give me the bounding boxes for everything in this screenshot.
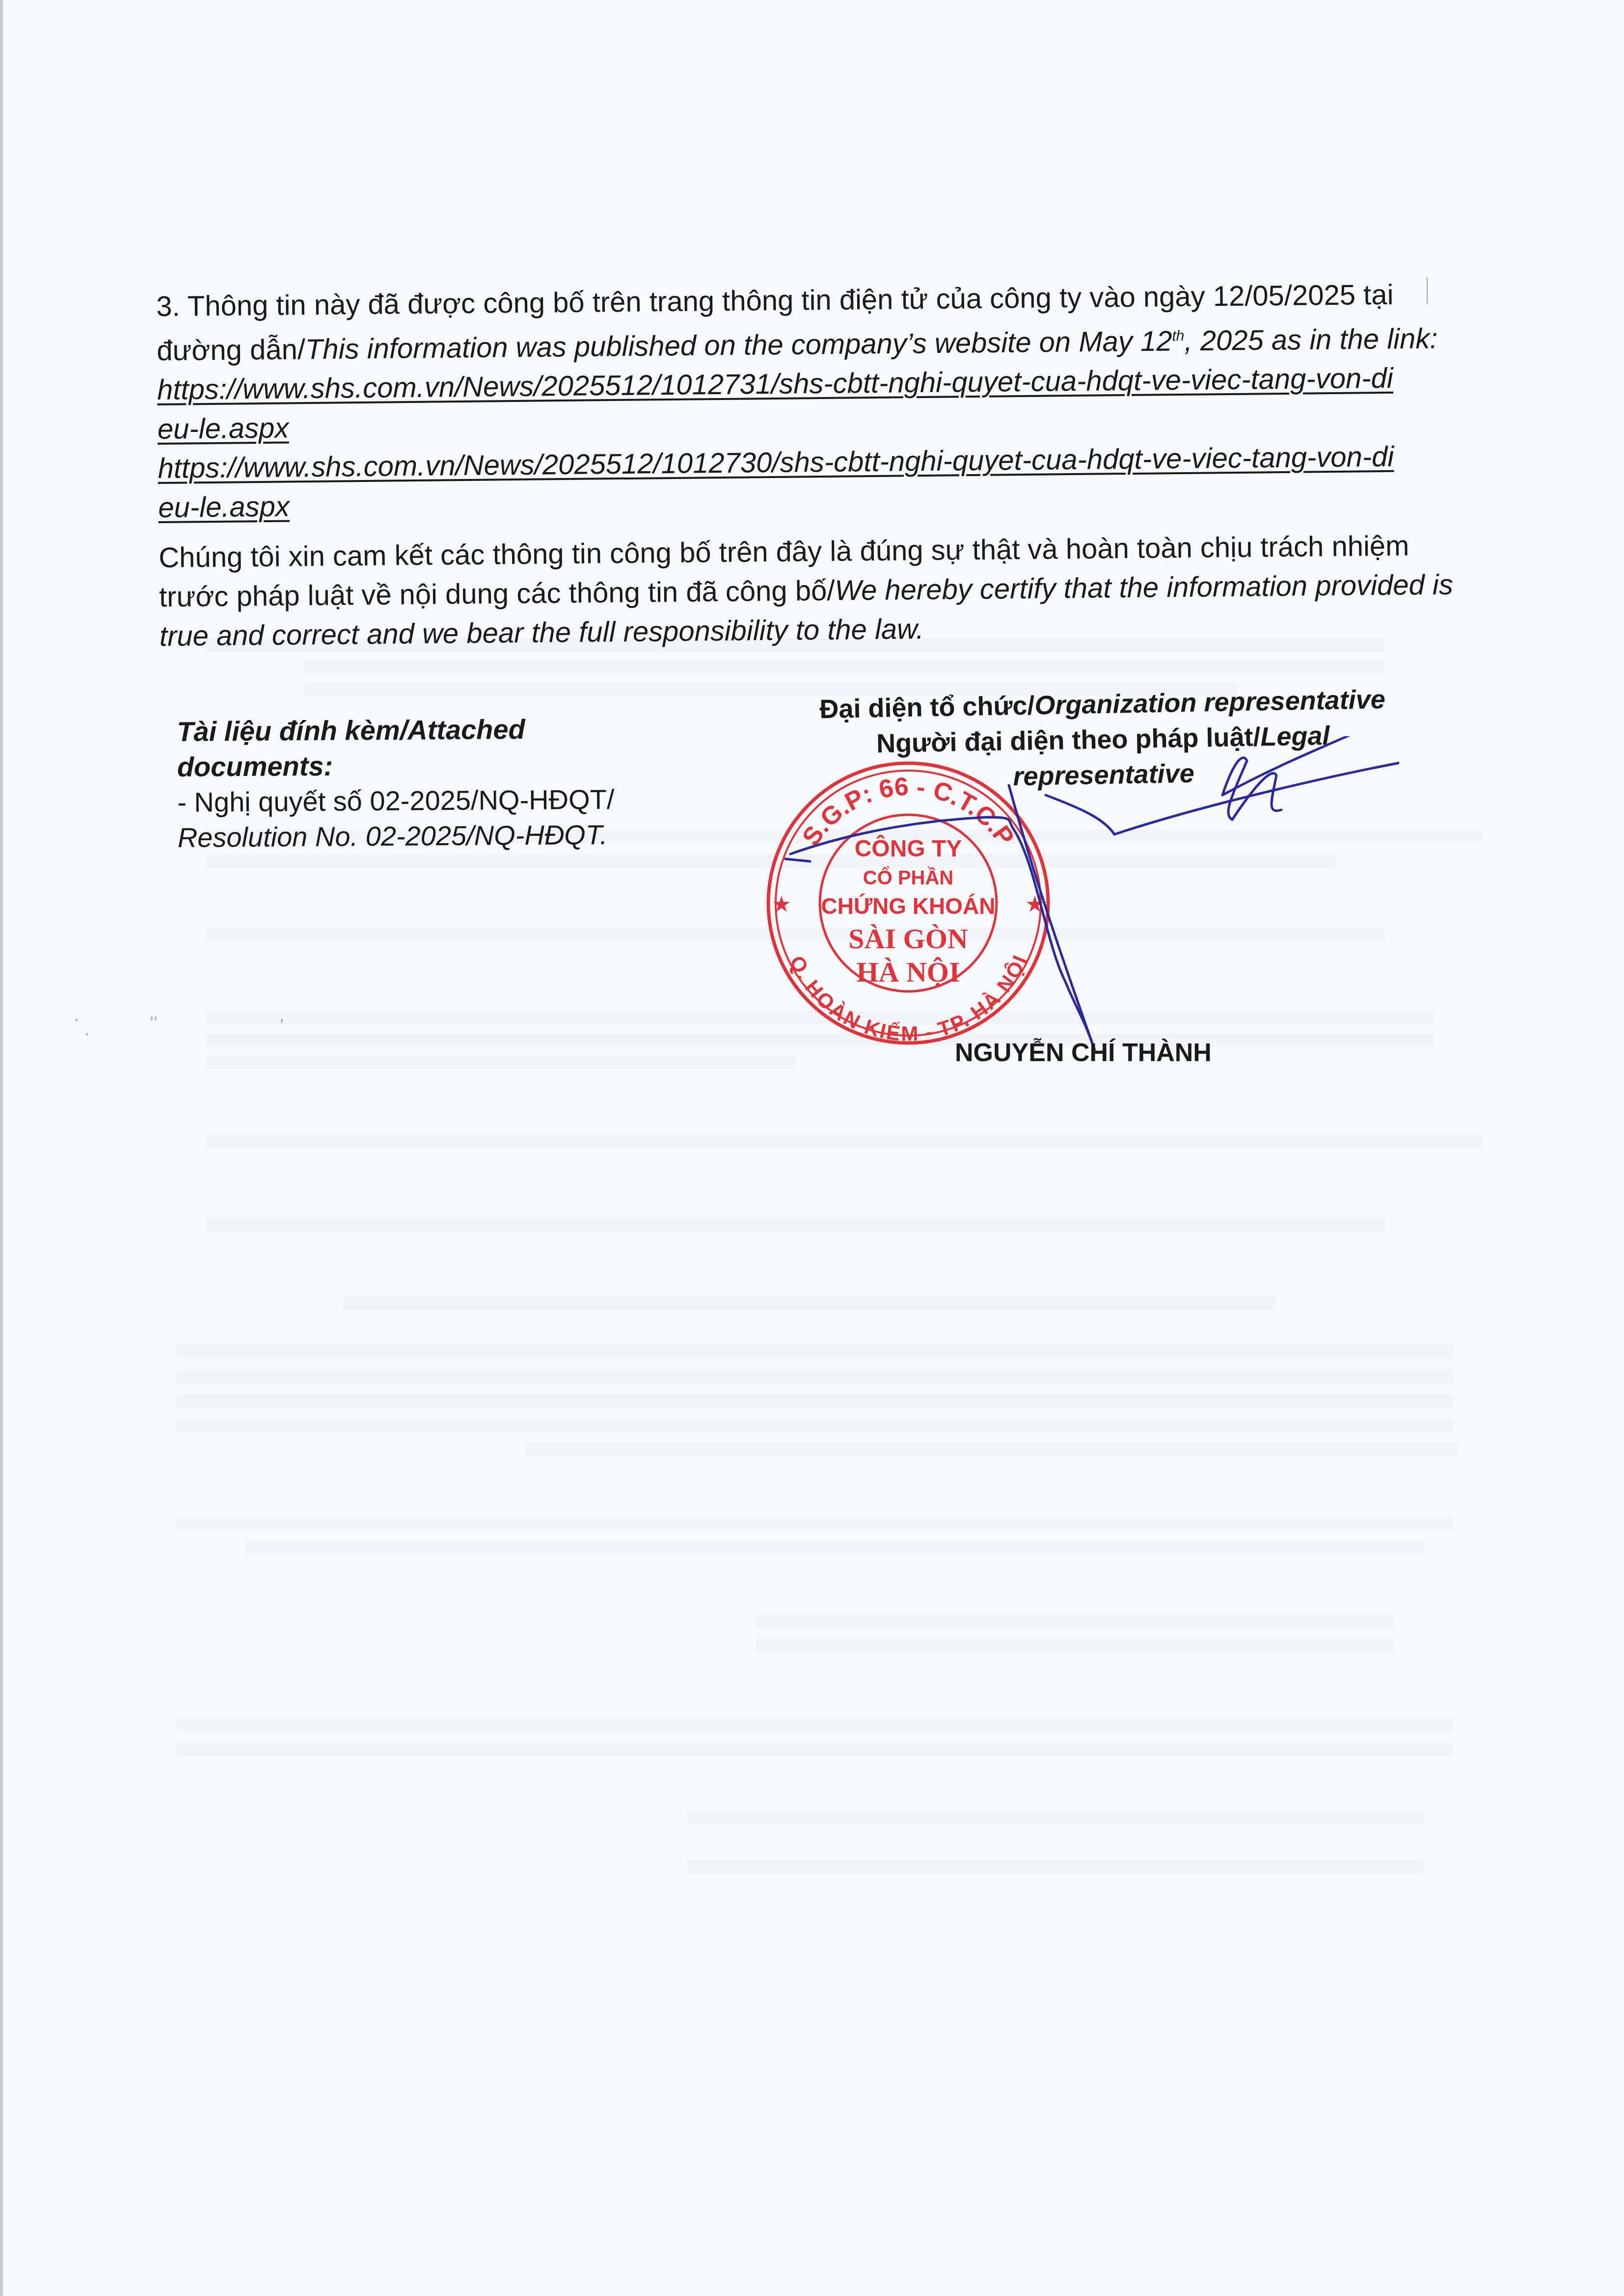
scan-edge [0, 0, 3, 2296]
section-3-paragraph: 3. Thông tin này đã được công bố trên tr… [156, 275, 1453, 371]
scan-mark: ʼ [280, 1016, 284, 1037]
published-link-2[interactable]: https://www.shs.com.vn/News/2025512/1012… [158, 437, 1395, 528]
rep-line1-vi: Đại diện tổ chức/ [819, 691, 1035, 724]
svg-text:CHỨNG KHOÁN: CHỨNG KHOÁN [821, 893, 995, 919]
link-list: https://www.shs.com.vn/News/2025512/1012… [157, 358, 1455, 528]
svg-text:SÀI GÒN: SÀI GÒN [848, 923, 968, 955]
svg-text:CÔNG TY: CÔNG TY [855, 835, 962, 862]
superscript: th [1172, 328, 1184, 344]
attachments-block: Tài liệu đính kèm/Attached documents: - … [177, 711, 620, 855]
commitment-paragraph: Chúng tôi xin cam kết các thông tin công… [159, 526, 1456, 656]
document-body: 3. Thông tin này đã được công bố trên tr… [156, 275, 1456, 657]
attachments-title: Tài liệu đính kèm/Attached documents: [177, 711, 619, 785]
section-3-english: This information was published on the co… [305, 325, 1172, 365]
scan-mark: ʼʼ [150, 1014, 158, 1034]
svg-text:CỔ PHẦN: CỔ PHẦN [863, 866, 953, 889]
svg-text:HÀ NỘI: HÀ NỘI [856, 956, 960, 988]
attachment-item-vi: - Nghị quyết số 02-2025/NQ-HĐQT/ [177, 782, 619, 820]
attachment-item-en: Resolution No. 02-2025/NQ-HĐQT. [178, 817, 620, 855]
section-3-english-suffix: , 2025 as in the link: [1184, 322, 1437, 357]
company-seal-icon: S.G.P: 66 - C.T.C.P Q. HOÀN KIẾM - TP. H… [761, 756, 1056, 1050]
svg-text:★: ★ [773, 894, 790, 915]
svg-text:★: ★ [1026, 894, 1044, 915]
rep-line2-vi: Người đại diện theo pháp luật/ [876, 722, 1261, 758]
signer-name: NGUYỄN CHÍ THÀNH [955, 1038, 1212, 1068]
rep-line1-en: Organization representative [1034, 685, 1385, 720]
published-link-1[interactable]: https://www.shs.com.vn/News/2025512/1012… [157, 359, 1395, 449]
scan-mark: ˋ ˎ [74, 1016, 90, 1037]
